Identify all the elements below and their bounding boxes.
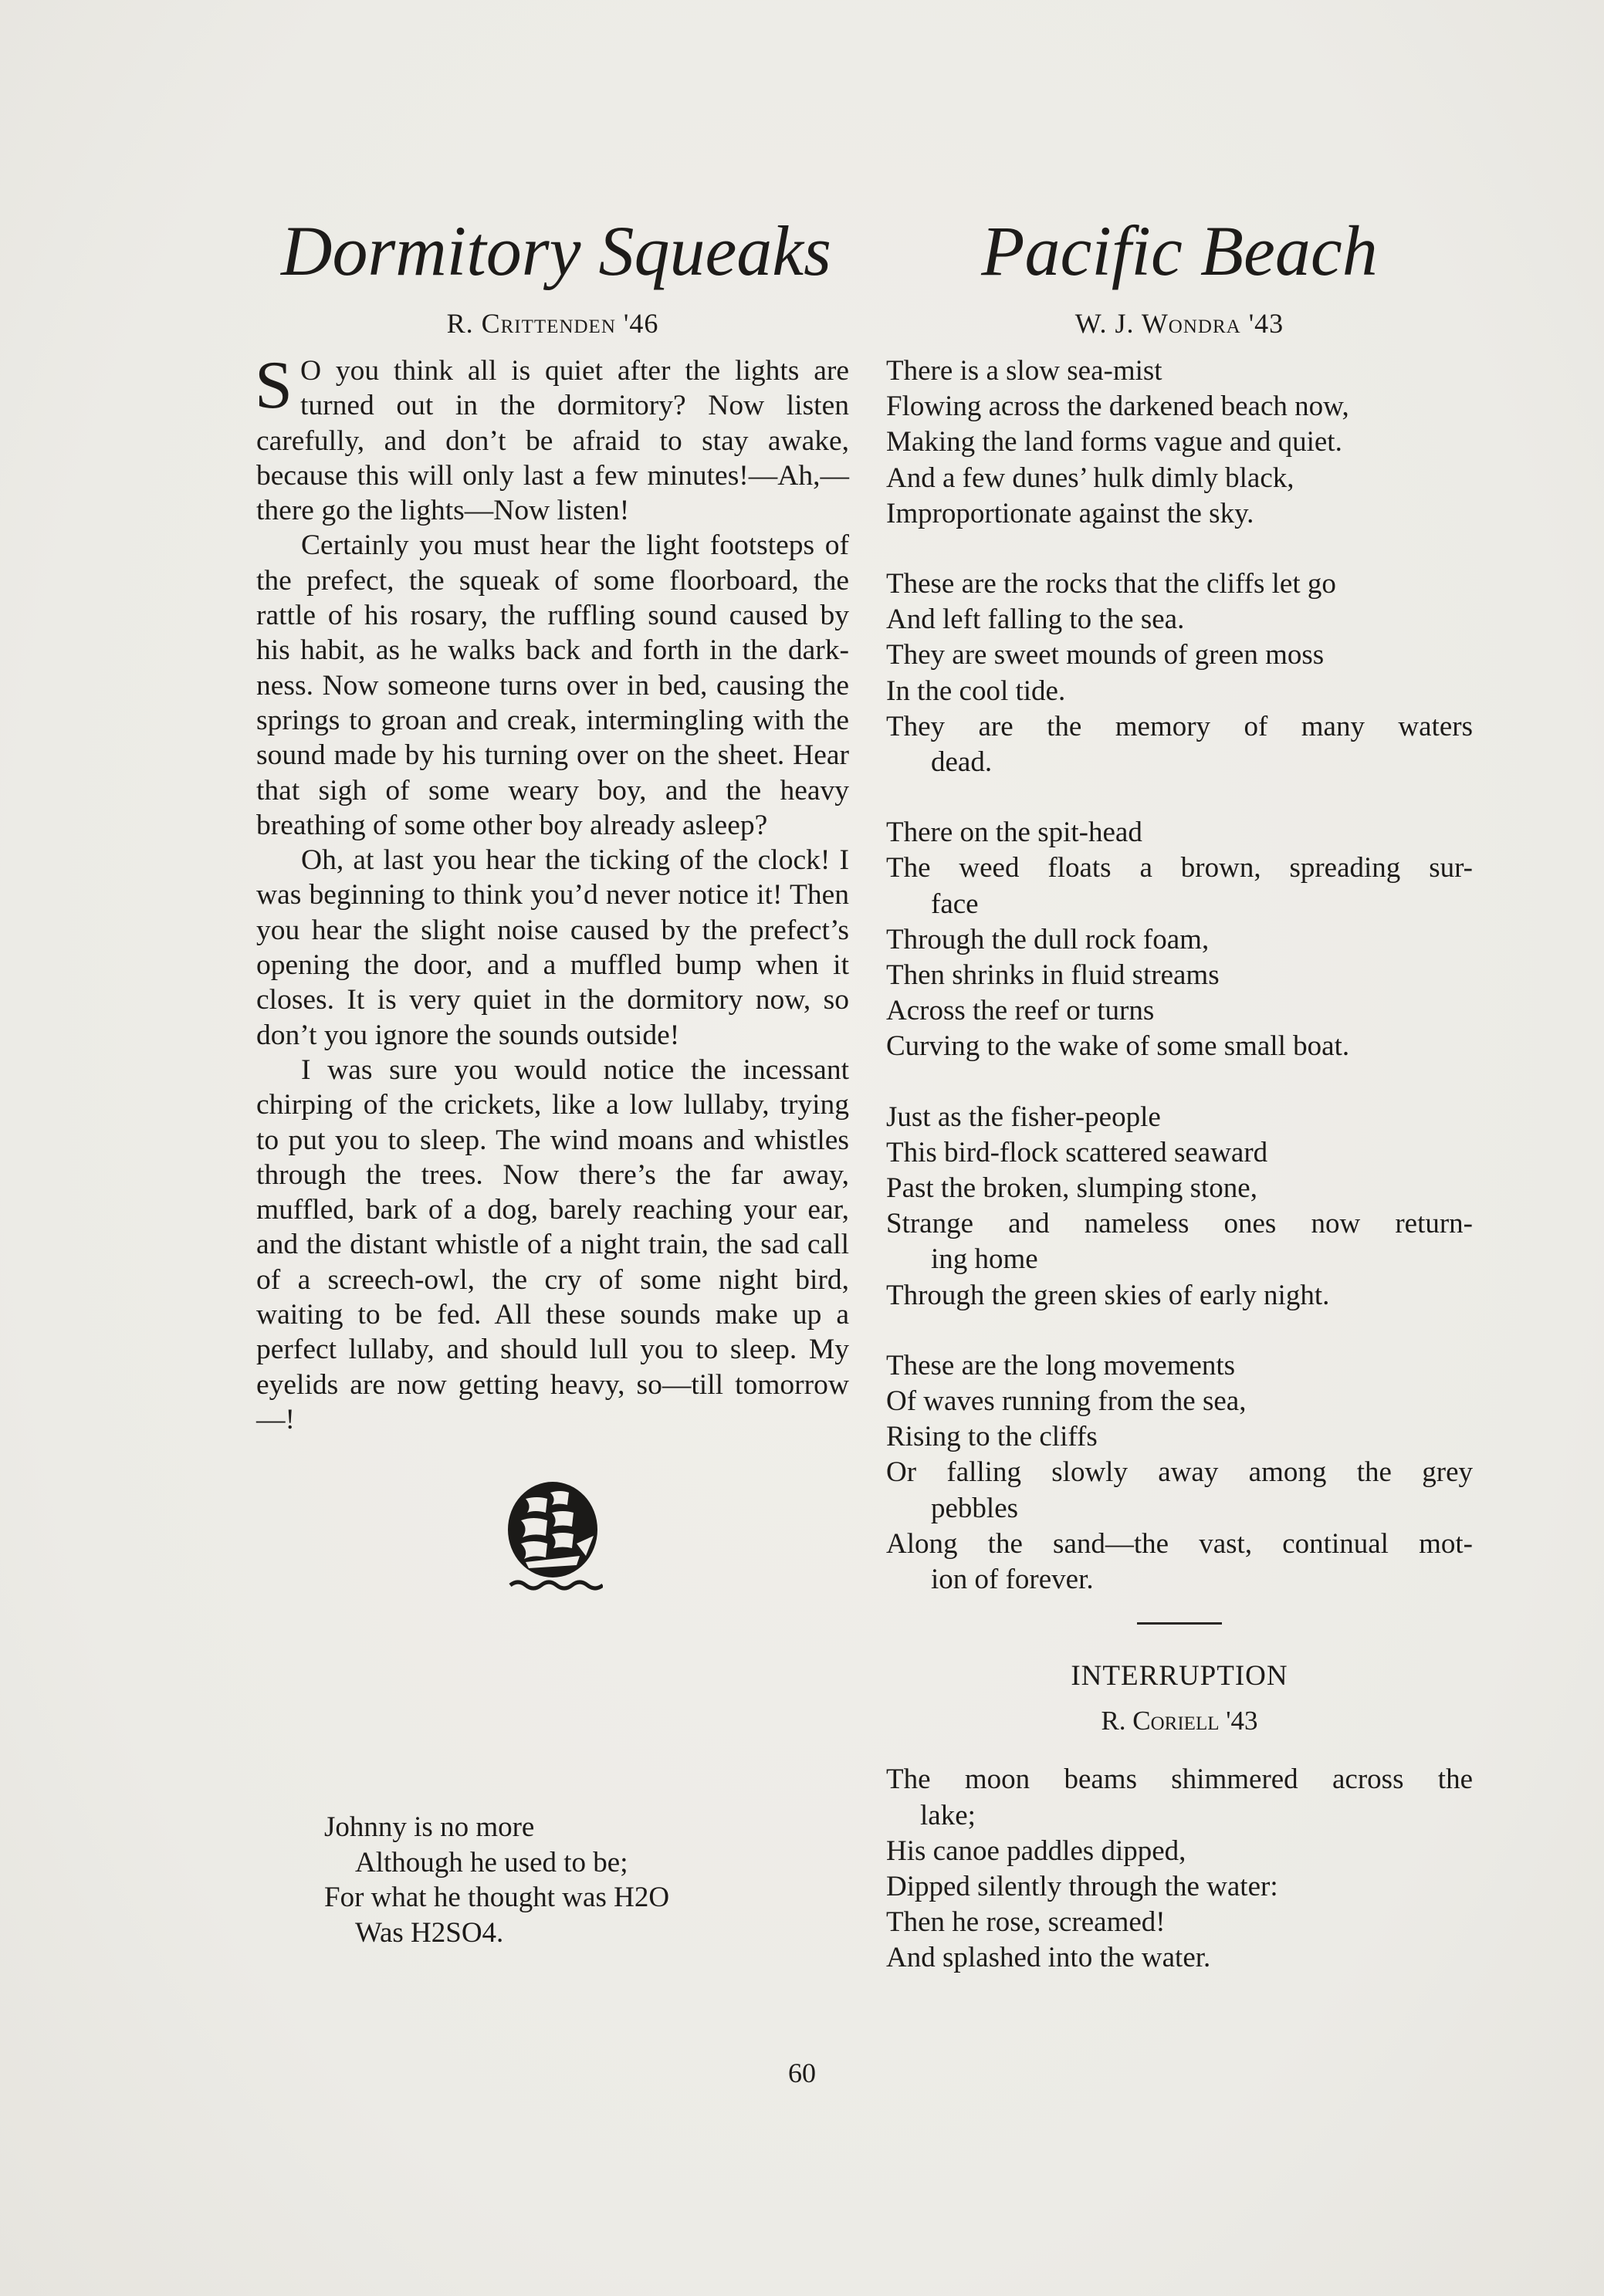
article-body: SO you think all is quiet after the ligh… bbox=[256, 353, 849, 1437]
verse-line: Or falling slowly away among the grey bbox=[886, 1455, 1473, 1490]
poem-title-interruption: INTERRUPTION bbox=[886, 1659, 1473, 1694]
verse-line: Making the land forms vague and quiet. bbox=[886, 424, 1473, 460]
verse-line: Johnny is no more bbox=[324, 1810, 818, 1845]
article-title-dormitory-squeaks: Dormitory Squeaks bbox=[256, 208, 849, 293]
limerick: Johnny is no moreAlthough he used to be;… bbox=[324, 1810, 818, 1950]
verse-line: dead. bbox=[886, 745, 1473, 780]
verse-line: And left falling to the sea. bbox=[886, 602, 1473, 637]
paragraph-text: O you think all is quiet after the light… bbox=[256, 355, 849, 526]
poem-pacific-beach: There is a slow sea-mistFlowing across t… bbox=[886, 353, 1473, 1598]
verse-line: These are the rocks that the cliffs let … bbox=[886, 566, 1473, 602]
stanza: These are the long movementsOf waves run… bbox=[886, 1348, 1473, 1598]
verse-line: Dipped silently through the water: bbox=[886, 1869, 1473, 1905]
verse-line: The weed floats a brown, spreading sur- bbox=[886, 850, 1473, 886]
verse-line: They are sweet mounds of green moss bbox=[886, 637, 1473, 673]
verse-line: Rising to the cliffs bbox=[886, 1419, 1473, 1455]
stanza: These are the rocks that the cliffs let … bbox=[886, 566, 1473, 780]
verse-line: Through the green skies of early night. bbox=[886, 1278, 1473, 1314]
verse-line: Of waves running from the sea, bbox=[886, 1384, 1473, 1419]
verse-line: Through the dull rock foam, bbox=[886, 922, 1473, 958]
poem-byline-interruption: R. Coriell '43 bbox=[886, 1703, 1473, 1739]
verse-line: His canoe paddles dipped, bbox=[886, 1834, 1473, 1869]
stanza: Just as the fisher-peopleThis bird-flock… bbox=[886, 1100, 1473, 1314]
left-column: Dormitory Squeaks R. Crittenden '46 SO y… bbox=[256, 208, 849, 1598]
verse-line: For what he thought was H2O bbox=[324, 1880, 818, 1916]
verse-line: Was H2SO4. bbox=[324, 1916, 818, 1951]
paragraph: SO you think all is quiet after the ligh… bbox=[256, 353, 849, 528]
verse-line: Across the reef or turns bbox=[886, 993, 1473, 1029]
verse-line: The moon beams shimmered across the bbox=[886, 1762, 1473, 1797]
right-column: Pacific Beach W. J. Wondra '43 There is … bbox=[886, 208, 1473, 1976]
verse-line: There on the spit-head bbox=[886, 815, 1473, 850]
paragraph: I was sure you would notice the in­cessa… bbox=[256, 1053, 849, 1437]
section-divider bbox=[1137, 1622, 1222, 1625]
drop-cap: S bbox=[255, 358, 293, 423]
verse-line: And a few dunes’ hulk dimly black, bbox=[886, 461, 1473, 496]
page-number: 60 bbox=[0, 2057, 1604, 2089]
stanza: There on the spit-headThe weed floats a … bbox=[886, 815, 1473, 1064]
sailing-ship-icon bbox=[503, 1482, 603, 1596]
article-byline: R. Crittenden '46 bbox=[256, 307, 849, 353]
paragraph: Certainly you must hear the light footst… bbox=[256, 528, 849, 843]
verse-line: Curving to the wake of some small boat. bbox=[886, 1029, 1473, 1064]
verse-line: Just as the fisher-people bbox=[886, 1100, 1473, 1135]
ornament bbox=[256, 1482, 849, 1598]
verse-line: This bird-flock scattered seaward bbox=[886, 1135, 1473, 1171]
verse-line: lake; bbox=[886, 1798, 1473, 1834]
stanza: There is a slow sea-mistFlowing across t… bbox=[886, 353, 1473, 532]
verse-line: Strange and nameless ones now return- bbox=[886, 1206, 1473, 1242]
paragraph: Oh, at last you hear the ticking of the … bbox=[256, 843, 849, 1053]
verse-line: They are the memory of many waters bbox=[886, 709, 1473, 745]
poem-interruption: The moon beams shimmered across thelake;… bbox=[886, 1762, 1473, 1976]
verse-line: Then shrinks in fluid streams bbox=[886, 958, 1473, 993]
verse-line: Although he used to be; bbox=[324, 1845, 818, 1881]
verse-line: Flowing across the darkened beach now, bbox=[886, 389, 1473, 424]
verse-line: In the cool tide. bbox=[886, 674, 1473, 709]
verse-line: And splashed into the water. bbox=[886, 1940, 1473, 1976]
article-title-pacific-beach: Pacific Beach bbox=[886, 208, 1473, 293]
verse-line: Then he rose, screamed! bbox=[886, 1905, 1473, 1940]
verse-line: ion of forever. bbox=[886, 1562, 1473, 1598]
verse-line: Along the sand—the vast, continual mot- bbox=[886, 1527, 1473, 1562]
verse-line: ing home bbox=[886, 1242, 1473, 1277]
verse-line: pebbles bbox=[886, 1491, 1473, 1527]
verse-line: face bbox=[886, 887, 1473, 922]
verse-line: Improportionate against the sky. bbox=[886, 496, 1473, 532]
poem-byline: W. J. Wondra '43 bbox=[886, 307, 1473, 353]
verse-line: Past the broken, slumping stone, bbox=[886, 1171, 1473, 1206]
verse-line: There is a slow sea-mist bbox=[886, 353, 1473, 389]
verse-line: These are the long movements bbox=[886, 1348, 1473, 1384]
